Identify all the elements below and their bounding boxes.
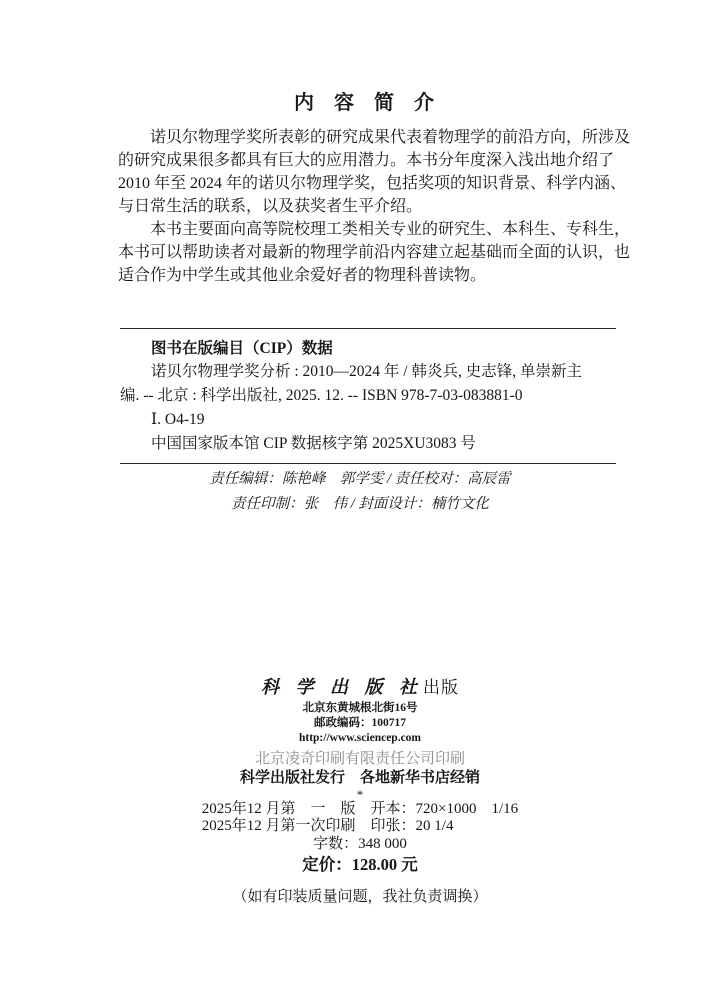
intro-paragraph1-line: 诺贝尔物理学奖所表彰的研究成果代表着物理学的前沿方向，所涉及	[118, 126, 610, 149]
printing-line: 2025年12 月第一次印刷 印张：20 1/4	[202, 818, 518, 835]
cip-bibliographic-line: 诺贝尔物理学奖分析 : 2010—2024 年 / 韩炎兵, 史志锋, 单崇新主	[120, 360, 616, 384]
staff-credits: 责任编辑：陈艳峰 郭学雯 / 责任校对：高辰雷 责任印制：张 伟 / 封面设计：…	[0, 467, 720, 517]
separator-asterisk: *	[0, 788, 720, 801]
distribution-line: 科学出版社发行 各地新华书店经销	[0, 769, 720, 788]
intro-paragraph1-line: 的研究成果很多都具有巨大的应用潜力。本书分年度深入浅出地介绍了	[118, 149, 610, 172]
intro-paragraph1-line: 2010 年至 2024 年的诺贝尔物理学奖，包括奖项的知识背景、科学内涵、	[118, 172, 610, 195]
intro-paragraph2-line: 本书主要面向高等院校理工类相关专业的研究生、本科生、专科生，	[118, 218, 610, 241]
cip-classification: Ⅰ. O4-19	[120, 408, 616, 432]
intro-paragraph1-line: 与日常生活的联系，以及获奖者生平介绍。	[118, 195, 610, 218]
quality-note: （如有印装质量问题，我社负责调换）	[0, 888, 720, 907]
intro-paragraph2-line: 适合作为中学生或其他业余爱好者的物理科普读物。	[118, 264, 610, 287]
credits-printing-design-line: 责任印制：张 伟 / 封面设计：楠竹文化	[0, 492, 720, 517]
publisher-name-line: 科 学 出 版 社出版	[0, 676, 720, 699]
cip-record-number: 中国国家版本馆 CIP 数据核字第 2025XU3083 号	[120, 432, 616, 456]
cip-heading: 图书在版编目（CIP）数据	[120, 338, 616, 360]
price: 定价：128.00 元	[0, 854, 720, 876]
word-count: 字数：348 000	[0, 835, 720, 854]
publisher-suffix: 出版	[423, 678, 459, 697]
publisher-name-script: 科 学 出 版 社	[261, 677, 423, 697]
edition-line: 2025年12 月第 一 版 开本：720×1000 1/16	[202, 801, 518, 818]
content-introduction-section: 内 容 简 介 诺贝尔物理学奖所表彰的研究成果代表着物理学的前沿方向，所涉及 的…	[118, 90, 610, 287]
edition-info-block: 2025年12 月第 一 版 开本：720×1000 1/16 2025年12 …	[202, 801, 518, 835]
cip-bibliographic-line: 编. -- 北京 : 科学出版社, 2025. 12. -- ISBN 978-…	[120, 384, 616, 408]
colophon-section: 科 学 出 版 社出版 北京东黄城根北街16号 邮政编码：100717 http…	[0, 676, 720, 907]
cip-data-box: 图书在版编目（CIP）数据 诺贝尔物理学奖分析 : 2010—2024 年 / …	[120, 328, 616, 464]
copyright-page: 内 容 简 介 诺贝尔物理学奖所表彰的研究成果代表着物理学的前沿方向，所涉及 的…	[0, 0, 720, 1000]
credits-editors-line: 责任编辑：陈艳峰 郭学雯 / 责任校对：高辰雷	[0, 467, 720, 492]
publisher-website: http://www.sciencep.com	[0, 731, 720, 746]
intro-paragraph2-line: 本书可以帮助读者对最新的物理学前沿内容建立起基础而全面的认识，也	[118, 241, 610, 264]
printer-name: 北京凌奇印刷有限责任公司印刷	[0, 749, 720, 769]
publisher-postcode: 邮政编码：100717	[0, 716, 720, 731]
publisher-address: 北京东黄城根北街16号	[0, 701, 720, 716]
intro-title: 内 容 简 介	[118, 90, 610, 116]
